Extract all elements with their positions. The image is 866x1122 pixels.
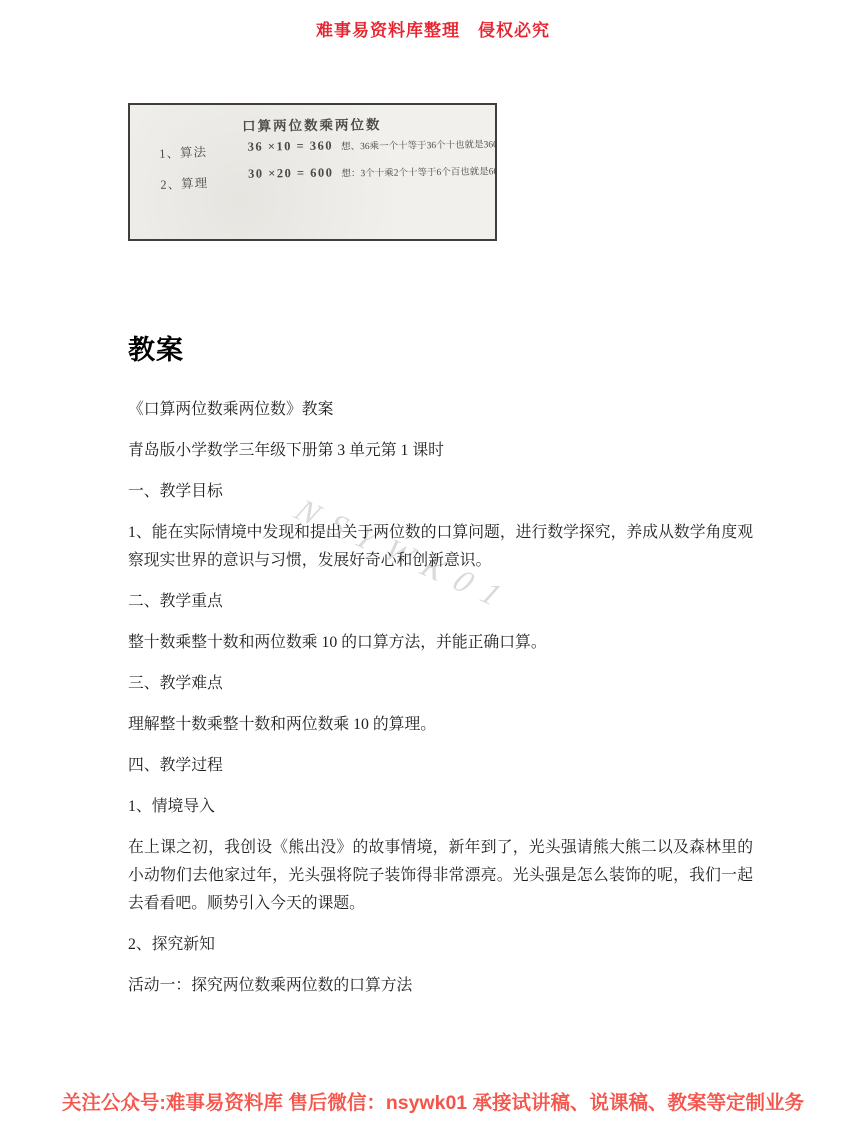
document-body: 教案 《口算两位数乘两位数》教案 青岛版小学数学三年级下册第 3 单元第 1 课…	[128, 334, 753, 1013]
heading-teaching-focus: 二、教学重点	[128, 588, 753, 616]
paragraph-activity-1: 活动一：探究两位数乘两位数的口算方法	[128, 972, 753, 1000]
paragraph-focus: 整十数乘整十数和两位数乘 10 的口算方法，并能正确口算。	[128, 629, 753, 657]
board-photo: 口算两位数乘两位数 1、算法 2、算理 36 ×10 = 360 想、36乘一个…	[128, 103, 497, 241]
heading-scenario-intro: 1、情境导入	[128, 793, 753, 821]
paragraph-goal-1: 1、能在实际情境中发现和提出关于两位数的口算问题，进行数学探究，养成从数学角度观…	[128, 519, 753, 575]
page-title: 教案	[128, 334, 753, 366]
header-notice: 难事易资料库整理 侵权必究	[0, 16, 866, 41]
paragraph-scenario: 在上课之初，我创设《熊出没》的故事情境，新年到了，光头强请熊大熊二以及森林里的小…	[128, 834, 753, 918]
board-side-item: 2、算理	[160, 173, 208, 193]
board-side-item: 1、算法	[159, 142, 207, 162]
paragraph-difficulty: 理解整十数乘整十数和两位数乘 10 的算理。	[128, 711, 753, 739]
heading-teaching-goals: 一、教学目标	[128, 478, 753, 506]
equation-note: 想、36乘一个十等于36个十也就是360.	[341, 136, 497, 152]
board-equation-row: 36 ×10 = 360 想、36乘一个十等于36个十也就是360.	[248, 136, 494, 154]
document-page: 难事易资料库整理 侵权必究 口算两位数乘两位数 1、算法 2、算理 36 ×10…	[0, 0, 866, 1122]
board-equation-row: 30 ×20 = 600 想：3个十乘2个十等于6个百也就是600.	[248, 163, 494, 181]
board-title: 口算两位数乘两位数	[242, 113, 382, 134]
equation-text: 36 ×10 = 360	[248, 139, 334, 155]
heading-teaching-difficulty: 三、教学难点	[128, 670, 753, 698]
equation-text: 30 ×20 = 600	[248, 166, 334, 182]
footer-notice: 关注公众号:难事易资料库 售后微信：nsywk01 承接试讲稿、说课稿、教案等定…	[0, 1087, 866, 1115]
equation-note: 想：3个十乘2个十等于6个百也就是600.	[341, 163, 497, 179]
board-equations: 36 ×10 = 360 想、36乘一个十等于36个十也就是360. 30 ×2…	[248, 136, 495, 193]
paragraph-edition: 青岛版小学数学三年级下册第 3 单元第 1 课时	[128, 437, 753, 465]
paragraph-doc-title: 《口算两位数乘两位数》教案	[128, 396, 753, 424]
board-side-list: 1、算法 2、算理	[159, 142, 209, 206]
heading-teaching-process: 四、教学过程	[128, 752, 753, 780]
heading-explore-new: 2、探究新知	[128, 931, 753, 959]
